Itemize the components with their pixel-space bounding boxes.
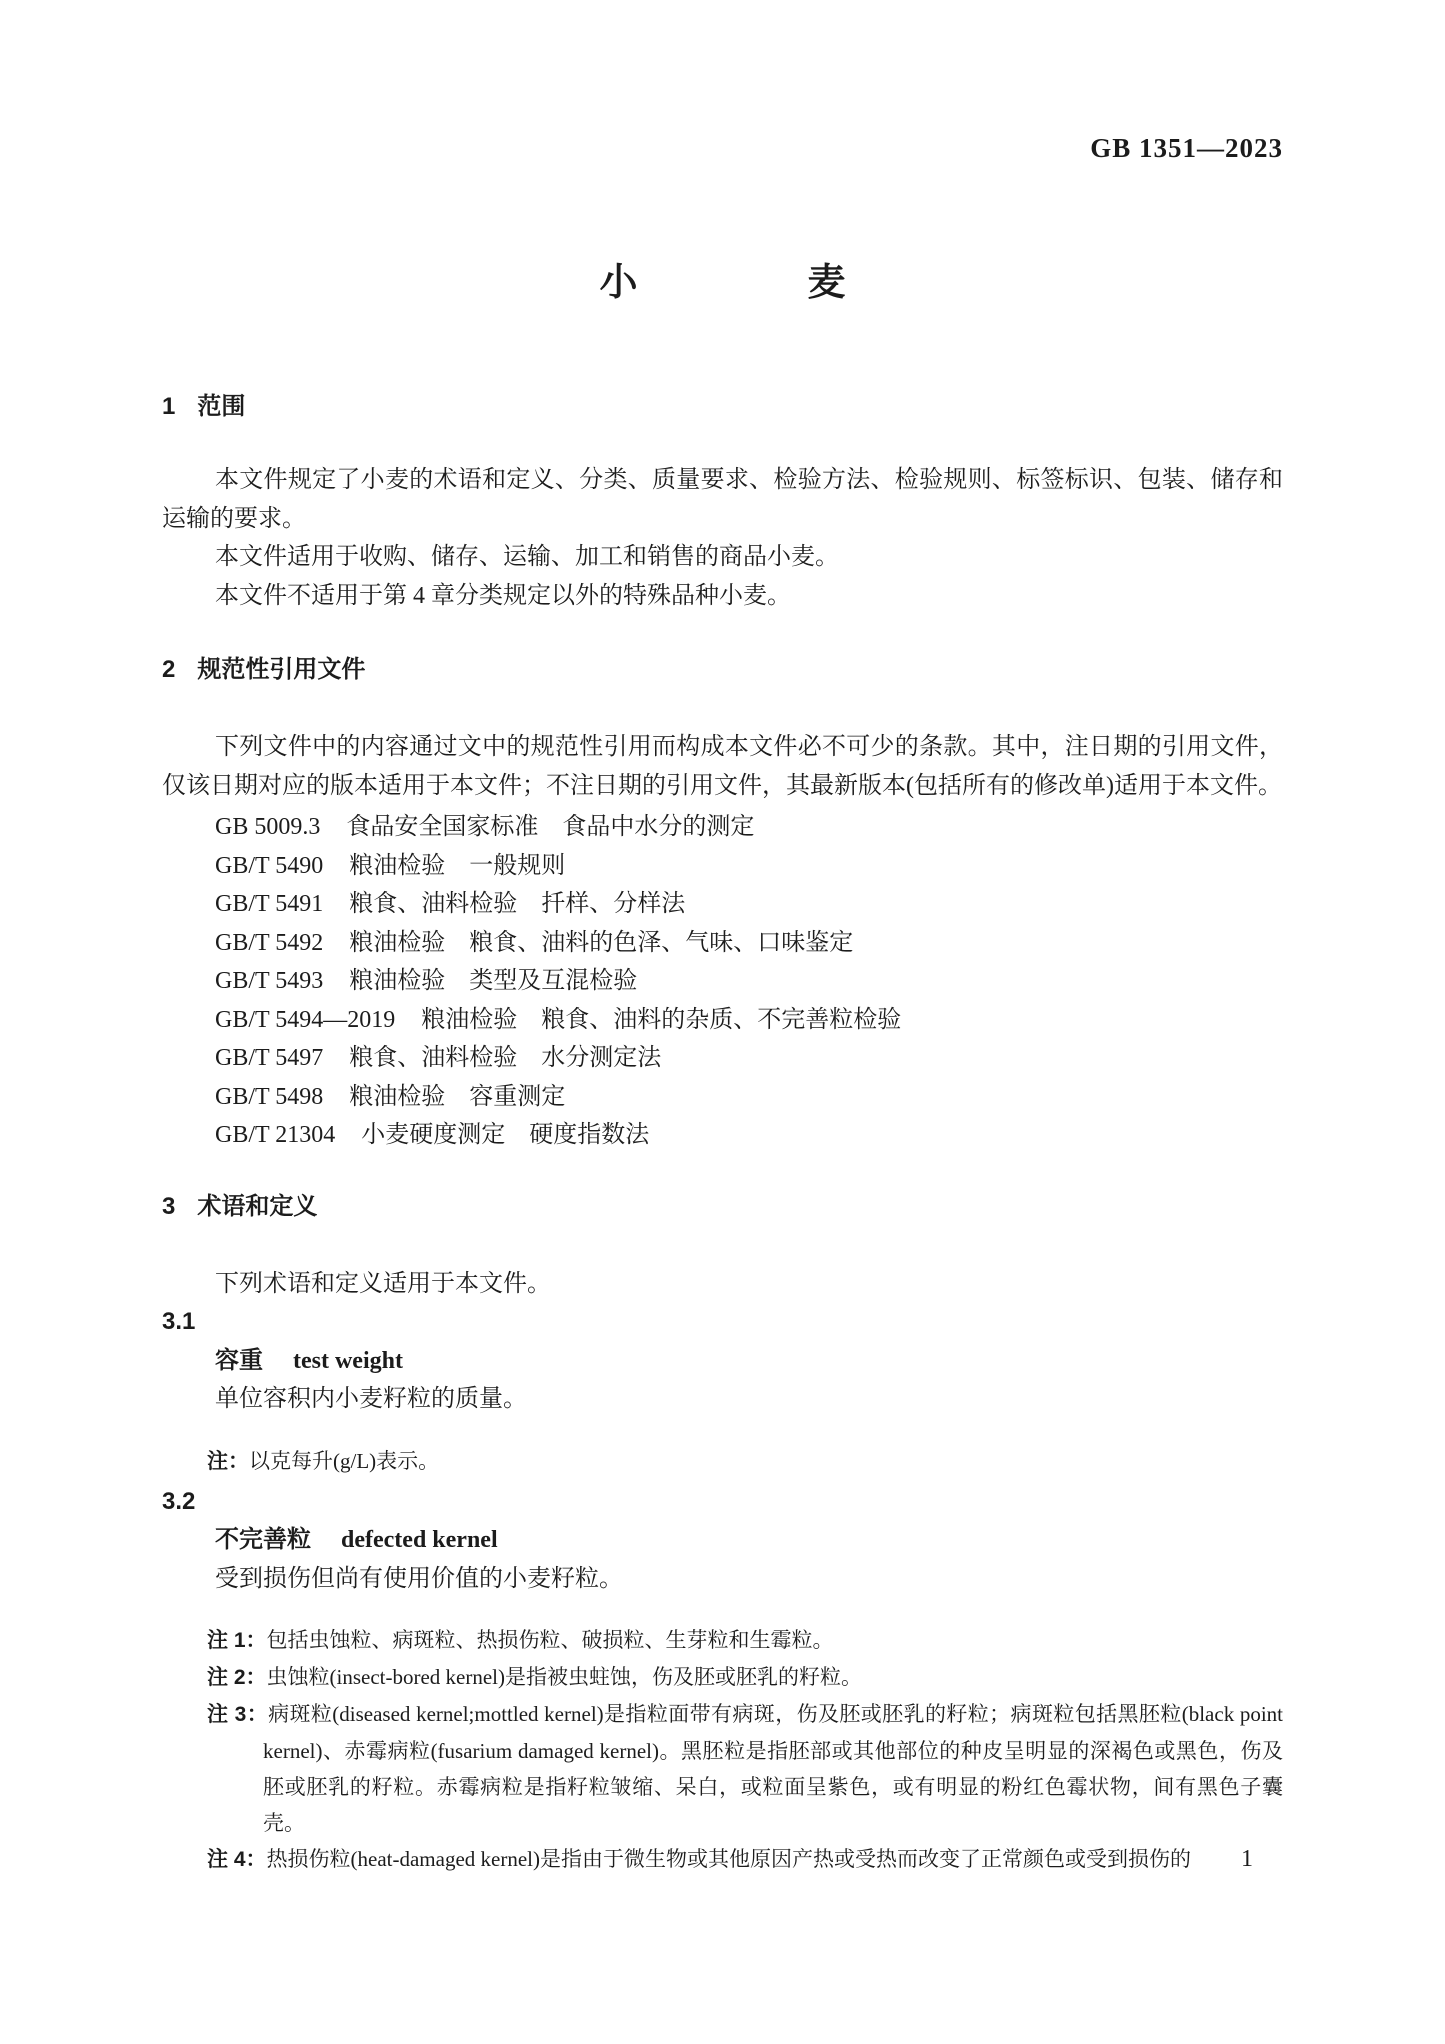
section-2-heading: 2规范性引用文件: [162, 655, 1283, 685]
document-page: GB 1351—2023 小 麦 1范围 本文件规定了小麦的术语和定义、分类、质…: [0, 0, 1445, 2044]
section-heading-number: 3: [162, 1192, 175, 1222]
doc-title: 小 麦: [162, 260, 1283, 306]
term-line: 不完善粒defected kernel: [215, 1521, 1283, 1560]
term-definition: 单位容积内小麦籽粒的质量。: [215, 1380, 1283, 1419]
note-label: 注 1：: [207, 1629, 267, 1652]
reference-row: GB/T 5492粮油检验 粮食、油料的色泽、气味、口味鉴定: [215, 924, 1283, 963]
note-text: 以克每升(g/L)表示。: [249, 1449, 439, 1473]
reference-title: 小麦硬度测定 硬度指数法: [361, 1122, 649, 1148]
term-line: 容重test weight: [215, 1342, 1283, 1381]
section-3-body: 下列术语和定义适用于本文件。: [162, 1265, 1283, 1304]
note-text: 热损伤粒(heat-damaged kernel)是指由于微生物或其他原因产热或…: [267, 1847, 1191, 1871]
term-number: 3.1: [162, 1303, 1283, 1342]
note: 注 4：热损伤粒(heat-damaged kernel)是指由于微生物或其他原…: [207, 1841, 1283, 1878]
term-definition: 受到损伤但尚有使用价值的小麦籽粒。: [215, 1560, 1283, 1599]
section-heading-number: 2: [162, 655, 175, 685]
note-label: 注 3：: [207, 1703, 268, 1726]
reference-title: 粮食、油料检验 扦样、分样法: [349, 891, 685, 917]
term-zh: 容重: [215, 1347, 263, 1374]
reference-code: GB/T 5498: [215, 1084, 323, 1110]
reference-title: 食品安全国家标准 食品中水分的测定: [346, 814, 754, 840]
section-heading-label: 规范性引用文件: [197, 656, 365, 683]
reference-title: 粮油检验 粮食、油料的杂质、不完善粒检验: [421, 1007, 901, 1033]
term-en: defected kernel: [341, 1527, 498, 1553]
note-label: 注 4：: [207, 1848, 267, 1871]
note-label: 注：: [207, 1450, 249, 1473]
page-number: 1: [1241, 1845, 1253, 1873]
reference-code: GB/T 5492: [215, 930, 323, 956]
reference-title: 粮油检验 容重测定: [349, 1084, 565, 1110]
paragraph: 本文件不适用于第 4 章分类规定以外的特殊品种小麦。: [162, 577, 1283, 616]
reference-code: GB/T 5497: [215, 1045, 323, 1071]
doc-title-char: 麦: [808, 260, 846, 306]
reference-row: GB/T 5490粮油检验 一般规则: [215, 847, 1283, 886]
reference-row: GB/T 5493粮油检验 类型及互混检验: [215, 962, 1283, 1001]
section-3-heading: 3术语和定义: [162, 1192, 1283, 1222]
section-2-body: 下列文件中的内容通过文中的规范性引用而构成本文件必不可少的条款。其中，注日期的引…: [162, 728, 1283, 805]
note-text: 虫蚀粒(insect-bored kernel)是指被虫蛀蚀，伤及胚或胚乳的籽粒…: [267, 1665, 863, 1689]
reference-title: 粮食、油料检验 水分测定法: [349, 1045, 661, 1071]
reference-title: 粮油检验 粮食、油料的色泽、气味、口味鉴定: [349, 930, 853, 956]
reference-row: GB/T 5497粮食、油料检验 水分测定法: [215, 1039, 1283, 1078]
note-text: 病斑粒(diseased kernel;mottled kernel)是指粒面带…: [263, 1702, 1283, 1835]
reference-code: GB/T 5491: [215, 891, 323, 917]
references-list: GB 5009.3食品安全国家标准 食品中水分的测定 GB/T 5490粮油检验…: [215, 808, 1283, 1155]
section-heading-label: 术语和定义: [197, 1193, 317, 1220]
reference-code: GB/T 5494—2019: [215, 1007, 395, 1033]
reference-row: GB/T 21304小麦硬度测定 硬度指数法: [215, 1116, 1283, 1155]
section-1-heading: 1范围: [162, 392, 1283, 422]
note-label: 注 2：: [207, 1666, 267, 1689]
doc-title-char: 小: [599, 260, 637, 306]
section-1-body: 本文件规定了小麦的术语和定义、分类、质量要求、检验方法、检验规则、标签标识、包装…: [162, 461, 1283, 615]
section-heading-label: 范围: [197, 393, 245, 420]
note-text: 包括虫蚀粒、病斑粒、热损伤粒、破损粒、生芽粒和生霉粒。: [267, 1628, 834, 1652]
reference-title: 粮油检验 一般规则: [349, 853, 565, 879]
term-zh: 不完善粒: [215, 1526, 311, 1553]
section-3-intro: 下列术语和定义适用于本文件。: [162, 1265, 1283, 1304]
reference-code: GB 5009.3: [215, 814, 320, 840]
reference-code: GB/T 5490: [215, 853, 323, 879]
reference-row: GB/T 5491粮食、油料检验 扦样、分样法: [215, 885, 1283, 924]
term-number: 3.2: [162, 1483, 1283, 1522]
note: 注：以克每升(g/L)表示。: [207, 1443, 1283, 1480]
paragraph: 本文件适用于收购、储存、运输、加工和销售的商品小麦。: [162, 538, 1283, 577]
reference-code: GB/T 5493: [215, 968, 323, 994]
paragraph: 本文件规定了小麦的术语和定义、分类、质量要求、检验方法、检验规则、标签标识、包装…: [162, 461, 1283, 538]
reference-row: GB 5009.3食品安全国家标准 食品中水分的测定: [215, 808, 1283, 847]
reference-title: 粮油检验 类型及互混检验: [349, 968, 637, 994]
paragraph: 下列文件中的内容通过文中的规范性引用而构成本文件必不可少的条款。其中，注日期的引…: [162, 728, 1283, 805]
section-heading-number: 1: [162, 392, 175, 422]
reference-row: GB/T 5498粮油检验 容重测定: [215, 1078, 1283, 1117]
note: 注 2：虫蚀粒(insect-bored kernel)是指被虫蛀蚀，伤及胚或胚…: [207, 1659, 1283, 1696]
note: 注 1：包括虫蚀粒、病斑粒、热损伤粒、破损粒、生芽粒和生霉粒。: [207, 1622, 1283, 1659]
note: 注 3：病斑粒(diseased kernel;mottled kernel)是…: [207, 1696, 1283, 1841]
term-en: test weight: [293, 1348, 403, 1374]
reference-row: GB/T 5494—2019粮油检验 粮食、油料的杂质、不完善粒检验: [215, 1001, 1283, 1040]
reference-code: GB/T 21304: [215, 1122, 335, 1148]
doc-code: GB 1351—2023: [162, 132, 1283, 164]
